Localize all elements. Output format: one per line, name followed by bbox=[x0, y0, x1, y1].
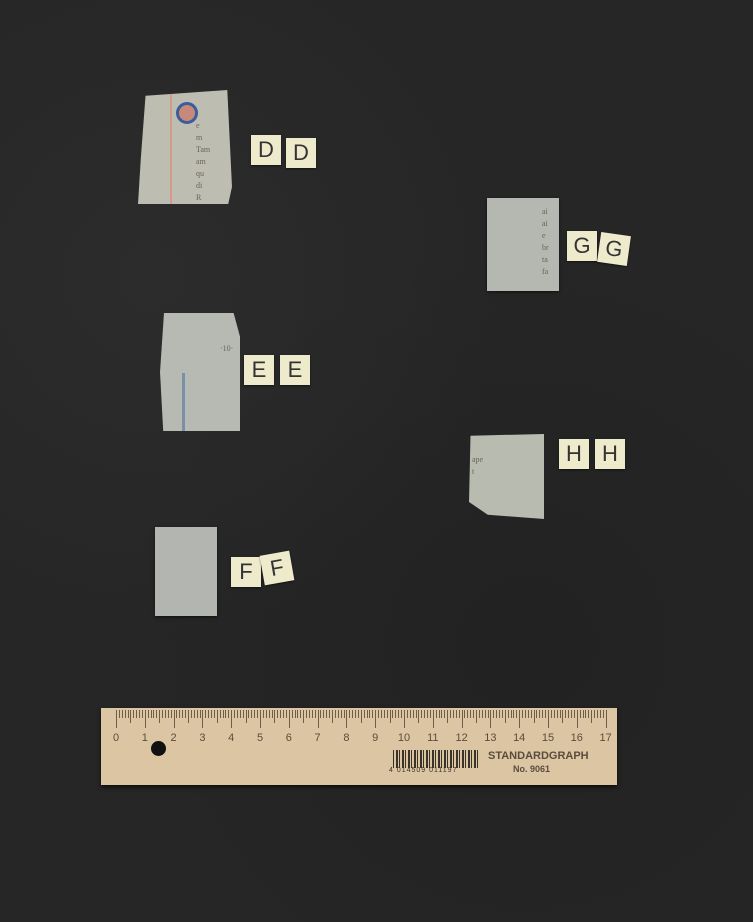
barcode bbox=[393, 750, 479, 768]
ruler-tick bbox=[352, 710, 353, 718]
ruler-tick bbox=[470, 710, 471, 718]
ruler-tick bbox=[534, 710, 535, 723]
ruler-tick bbox=[358, 710, 359, 718]
label-tile-d: D bbox=[251, 135, 281, 165]
ruler-tick bbox=[522, 710, 523, 718]
ruler-tick bbox=[130, 710, 131, 723]
ruler-tick bbox=[392, 710, 393, 718]
ruler-tick bbox=[447, 710, 448, 723]
ruler-tick bbox=[588, 710, 589, 718]
ruler-tick bbox=[318, 710, 319, 728]
ruler-tick bbox=[128, 710, 129, 718]
ruler-number: 16 bbox=[571, 732, 583, 744]
ruler-tick bbox=[312, 710, 313, 718]
ruler-tick bbox=[205, 710, 206, 718]
ruler-tick bbox=[378, 710, 379, 718]
ruler-tick bbox=[297, 710, 298, 718]
ruler-tick bbox=[332, 710, 333, 723]
ink-stain bbox=[182, 373, 185, 431]
ruler-tick bbox=[369, 710, 370, 718]
ruler-tick bbox=[565, 710, 566, 718]
ruler-tick bbox=[505, 710, 506, 723]
ruler-tick bbox=[188, 710, 189, 723]
ruler-tick bbox=[361, 710, 362, 723]
ruler-tick bbox=[577, 710, 578, 728]
ruler-tick bbox=[516, 710, 517, 718]
ruler-tick bbox=[145, 710, 146, 728]
illuminated-initial-icon bbox=[176, 102, 198, 124]
ruler-tick bbox=[464, 710, 465, 718]
label-tile-e: E bbox=[244, 355, 274, 385]
ruler-tick bbox=[341, 710, 342, 718]
ruler-tick bbox=[597, 710, 598, 718]
ruler-number: 0 bbox=[113, 732, 119, 744]
ruler-tick bbox=[482, 710, 483, 718]
label-tile-g: G bbox=[567, 231, 597, 261]
ruler-tick bbox=[168, 710, 169, 718]
ruler-tick bbox=[263, 710, 264, 718]
label-tile-d: D bbox=[286, 138, 316, 168]
ruler-tick bbox=[430, 710, 431, 718]
ruler-tick bbox=[274, 710, 275, 723]
ruler-tick bbox=[277, 710, 278, 718]
ruler-tick bbox=[539, 710, 540, 718]
ruler-number: 5 bbox=[257, 732, 263, 744]
ruler-tick bbox=[548, 710, 549, 728]
ruler-tick bbox=[309, 710, 310, 718]
ruler-number: 1 bbox=[142, 732, 148, 744]
fragment-d: e m Tam am qu di R bbox=[138, 90, 232, 204]
ruler-tick bbox=[223, 710, 224, 718]
ruler-tick bbox=[508, 710, 509, 718]
label-tile-h: H bbox=[559, 439, 589, 469]
ruler-number: 8 bbox=[343, 732, 349, 744]
ruler-tick bbox=[519, 710, 520, 728]
ruler-tick bbox=[283, 710, 284, 718]
ruler-tick bbox=[237, 710, 238, 718]
ruler-tick bbox=[185, 710, 186, 718]
label-tile-g: G bbox=[597, 232, 631, 266]
scale-ruler: 4 014509 011197 STANDARDGRAPH No. 9061 0… bbox=[101, 708, 617, 785]
ruler-tick bbox=[217, 710, 218, 723]
ruler-tick bbox=[459, 710, 460, 718]
ruler-tick bbox=[344, 710, 345, 718]
ruler-tick bbox=[557, 710, 558, 718]
ruler-tick bbox=[272, 710, 273, 718]
ruler-number: 10 bbox=[398, 732, 410, 744]
fragment-g: ai ai e br ta fa bbox=[487, 198, 559, 291]
ruler-tick bbox=[401, 710, 402, 718]
ruler-tick bbox=[349, 710, 350, 718]
ruler-tick bbox=[568, 710, 569, 718]
ruler-tick bbox=[346, 710, 347, 728]
ruler-tick bbox=[407, 710, 408, 718]
ruler-tick bbox=[136, 710, 137, 718]
ruler-tick bbox=[260, 710, 261, 728]
ruler-tick bbox=[289, 710, 290, 728]
ruler-tick bbox=[450, 710, 451, 718]
ruler-tick bbox=[413, 710, 414, 718]
ruler-tick bbox=[240, 710, 241, 718]
ruler-tick bbox=[162, 710, 163, 718]
ruler-tick bbox=[329, 710, 330, 718]
ruler-tick bbox=[211, 710, 212, 718]
ruler-tick bbox=[159, 710, 160, 723]
ruler-tick bbox=[286, 710, 287, 718]
ruler-tick bbox=[439, 710, 440, 718]
ruler-tick bbox=[220, 710, 221, 718]
ruler-tick bbox=[246, 710, 247, 723]
fragment-text: e m Tam am qu di R bbox=[196, 120, 210, 204]
ruler-tick bbox=[531, 710, 532, 718]
ruling-line bbox=[170, 90, 172, 204]
ruler-tick bbox=[479, 710, 480, 718]
label-tile-e: E bbox=[280, 355, 310, 385]
fragment-f bbox=[155, 527, 217, 616]
ruler-tick bbox=[228, 710, 229, 718]
ruler-tick bbox=[381, 710, 382, 718]
ruler-tick bbox=[156, 710, 157, 718]
ruler-tick bbox=[554, 710, 555, 718]
ruler-tick bbox=[208, 710, 209, 718]
ruler-tick bbox=[257, 710, 258, 718]
ruler-number: 7 bbox=[315, 732, 321, 744]
ruler-number: 11 bbox=[427, 732, 438, 744]
ruler-tick bbox=[404, 710, 405, 728]
ruler-tick bbox=[269, 710, 270, 718]
ruler-number: 9 bbox=[372, 732, 378, 744]
ruler-tick bbox=[493, 710, 494, 718]
ruler-tick bbox=[490, 710, 491, 728]
ruler-tick bbox=[125, 710, 126, 718]
ruler-tick bbox=[476, 710, 477, 723]
ruler-tick bbox=[372, 710, 373, 718]
ruler-tick bbox=[355, 710, 356, 718]
ruler-tick bbox=[176, 710, 177, 718]
ruler-tick bbox=[562, 710, 563, 723]
fragment-e: ·10· bbox=[160, 313, 240, 431]
fragment-text: ape t bbox=[472, 454, 483, 478]
ruler-tick bbox=[200, 710, 201, 718]
ruler-brand: STANDARDGRAPH bbox=[488, 750, 589, 762]
ruler-tick bbox=[315, 710, 316, 718]
ruler-tick bbox=[387, 710, 388, 718]
ruler-tick bbox=[594, 710, 595, 718]
ruler-tick bbox=[528, 710, 529, 718]
ruler-tick bbox=[551, 710, 552, 718]
ruler-tick bbox=[139, 710, 140, 718]
ruler-tick bbox=[542, 710, 543, 718]
ruler-tick bbox=[424, 710, 425, 718]
ruler-tick bbox=[338, 710, 339, 718]
ruler-tick bbox=[364, 710, 365, 718]
ruler-tick bbox=[485, 710, 486, 718]
ruler-tick bbox=[326, 710, 327, 718]
ruler-tick bbox=[473, 710, 474, 718]
ruler-tick bbox=[600, 710, 601, 718]
ruler-number: 14 bbox=[513, 732, 525, 744]
ruler-tick bbox=[295, 710, 296, 718]
ruler-tick bbox=[292, 710, 293, 718]
ruler-number: 15 bbox=[542, 732, 554, 744]
ruler-tick bbox=[560, 710, 561, 718]
ruler-tick bbox=[174, 710, 175, 728]
ruler-number: 13 bbox=[484, 732, 496, 744]
ruler-tick bbox=[416, 710, 417, 718]
ruler-tick bbox=[488, 710, 489, 718]
ruler-hole bbox=[151, 741, 166, 756]
ruler-model: No. 9061 bbox=[513, 764, 550, 774]
ruler-tick bbox=[513, 710, 514, 718]
ruler-number: 12 bbox=[455, 732, 467, 744]
ruler-tick bbox=[395, 710, 396, 718]
ruler-tick bbox=[303, 710, 304, 723]
ruler-tick bbox=[580, 710, 581, 718]
ruler-tick bbox=[375, 710, 376, 728]
ruler-tick bbox=[583, 710, 584, 718]
ruler-tick bbox=[427, 710, 428, 718]
ruler-tick bbox=[179, 710, 180, 718]
ruler-number: 6 bbox=[286, 732, 292, 744]
ruler-tick bbox=[153, 710, 154, 718]
ruler-tick bbox=[320, 710, 321, 718]
ruler-tick bbox=[280, 710, 281, 718]
ruler-tick bbox=[266, 710, 267, 718]
ruler-tick bbox=[511, 710, 512, 718]
ruler-tick bbox=[251, 710, 252, 718]
ruler-tick bbox=[254, 710, 255, 718]
ruler-tick bbox=[545, 710, 546, 718]
ruler-tick bbox=[398, 710, 399, 718]
fragment-text: ·10· bbox=[220, 343, 233, 355]
ruler-tick bbox=[571, 710, 572, 718]
ruler-tick bbox=[453, 710, 454, 718]
ruler-tick bbox=[367, 710, 368, 718]
ruler-tick bbox=[585, 710, 586, 718]
ruler-tick bbox=[441, 710, 442, 718]
ruler-number: 2 bbox=[171, 732, 177, 744]
ruler-tick bbox=[151, 710, 152, 718]
ruler-tick bbox=[335, 710, 336, 718]
ruler-tick bbox=[225, 710, 226, 718]
ruler-tick bbox=[606, 710, 607, 728]
ruler-tick bbox=[300, 710, 301, 718]
fragment-text: ai ai e br ta fa bbox=[542, 206, 549, 278]
ruler-number: 17 bbox=[599, 732, 611, 744]
ruler-tick bbox=[142, 710, 143, 718]
ruler-tick bbox=[456, 710, 457, 718]
ruler-tick bbox=[306, 710, 307, 718]
ruler-tick bbox=[182, 710, 183, 718]
ruler-tick bbox=[591, 710, 592, 723]
ruler-tick bbox=[574, 710, 575, 718]
ruler-tick bbox=[418, 710, 419, 723]
ruler-tick bbox=[323, 710, 324, 718]
ruler-tick bbox=[603, 710, 604, 718]
ruler-tick bbox=[197, 710, 198, 718]
ruler-tick bbox=[194, 710, 195, 718]
ruler-tick bbox=[248, 710, 249, 718]
ruler-tick bbox=[499, 710, 500, 718]
ruler-tick bbox=[231, 710, 232, 728]
ruler-tick bbox=[234, 710, 235, 718]
fragment-h: ape t bbox=[469, 434, 544, 519]
ruler-tick bbox=[444, 710, 445, 718]
ruler-tick bbox=[171, 710, 172, 718]
ruler-tick bbox=[433, 710, 434, 728]
ruler-tick bbox=[119, 710, 120, 718]
ruler-tick bbox=[243, 710, 244, 718]
label-tile-h: H bbox=[595, 439, 625, 469]
ruler-tick bbox=[462, 710, 463, 728]
ruler-tick bbox=[133, 710, 134, 718]
ruler-tick bbox=[384, 710, 385, 718]
label-tile-f: F bbox=[260, 551, 295, 586]
ruler-tick bbox=[148, 710, 149, 718]
ruler-tick bbox=[122, 710, 123, 718]
ruler-number: 3 bbox=[199, 732, 205, 744]
ruler-tick bbox=[410, 710, 411, 718]
ruler-tick bbox=[525, 710, 526, 718]
label-tile-f: F bbox=[231, 557, 261, 587]
ruler-tick bbox=[467, 710, 468, 718]
ruler-number: 4 bbox=[228, 732, 234, 744]
ruler-tick bbox=[191, 710, 192, 718]
ruler-tick bbox=[116, 710, 117, 728]
ruler-tick bbox=[165, 710, 166, 718]
ruler-tick bbox=[214, 710, 215, 718]
ruler-tick bbox=[496, 710, 497, 718]
ruler-tick bbox=[536, 710, 537, 718]
barcode-number: 4 014509 011197 bbox=[389, 767, 457, 774]
ruler-tick bbox=[502, 710, 503, 718]
ruler-tick bbox=[202, 710, 203, 728]
ruler-tick bbox=[436, 710, 437, 718]
ruler-tick bbox=[390, 710, 391, 723]
ruler-tick bbox=[421, 710, 422, 718]
